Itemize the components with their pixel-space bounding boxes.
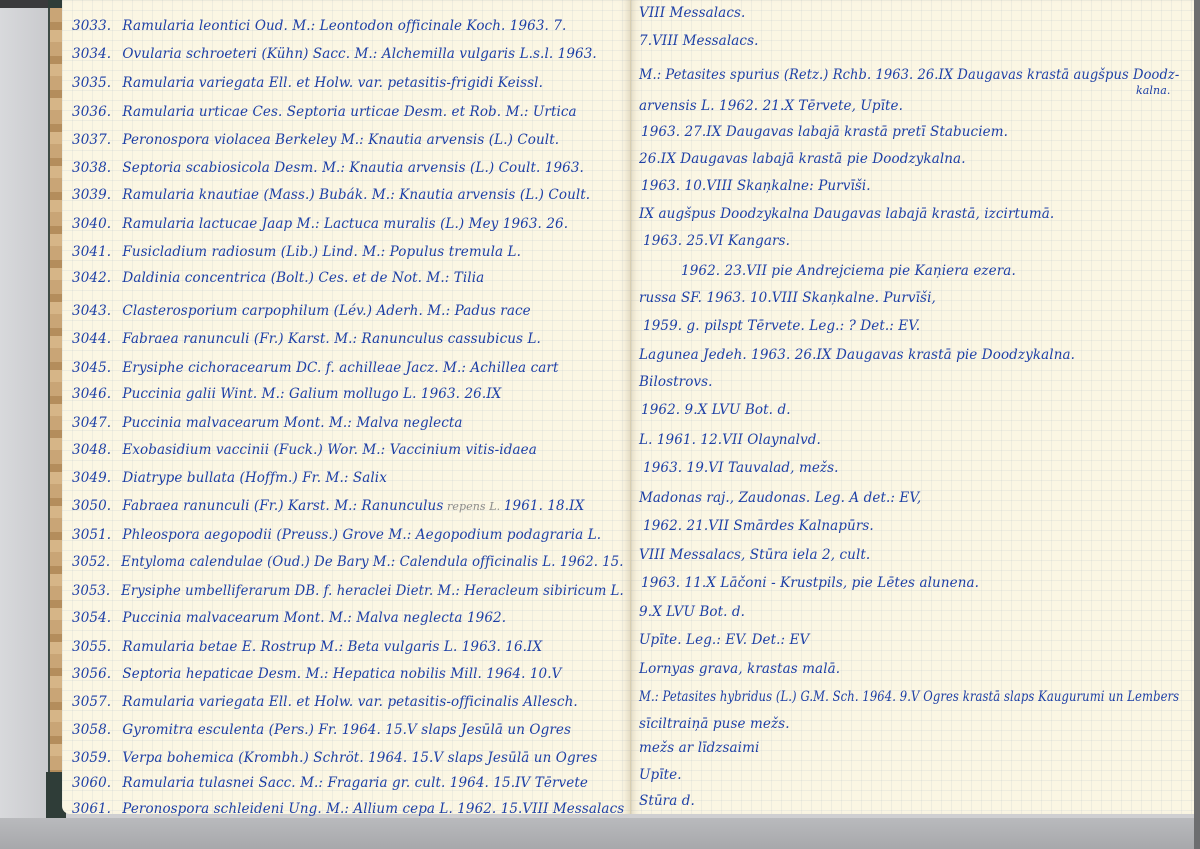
locality-note: Bilostrovs.	[639, 374, 713, 390]
catalog-entry: 3046. Puccinia galii Wint. M.: Galium mo…	[72, 386, 501, 402]
entry-text: Fabraea ranunculi (Fr.) Karst. M.: Ranun…	[118, 331, 541, 347]
catalog-entry: 3061. Peronospora schleideni Ung. M.: Al…	[72, 801, 624, 817]
catalog-entry: 3055. Ramularia betae E. Rostrup M.: Bet…	[72, 639, 542, 655]
entry-number: 3041.	[72, 244, 118, 260]
catalog-entry: 3060. Ramularia tulasnei Sacc. M.: Fraga…	[72, 775, 588, 791]
entry-number: 3037.	[72, 132, 118, 148]
entry-date: 1961. 18.IX	[504, 498, 584, 514]
locality-note: Lornyas grava, krastas malā.	[639, 661, 840, 677]
entry-text: Puccinia malvacearum Mont. M.: Malva neg…	[118, 610, 463, 626]
entry-number: 3055.	[72, 639, 118, 655]
catalog-entry: 3059. Verpa bohemica (Krombh.) Schröt. 1…	[72, 750, 597, 766]
entry-text: Phleospora aegopodii (Preuss.) Grove M.:…	[118, 527, 601, 543]
entry-text: Verpa bohemica (Krombh.) Schröt. 1964. 1…	[118, 750, 597, 766]
locality-note: M.: Petasites spurius (Retz.) Rchb. 1963…	[639, 67, 1179, 83]
entry-number: 3038.	[72, 160, 118, 176]
left-page: 3033. Ramularia leontici Oud. M.: Leonto…	[62, 0, 631, 814]
catalog-entry: 3038. Septoria scabiosicola Desm. M.: Kn…	[72, 160, 584, 176]
continuation-word: kalna.	[1136, 84, 1170, 97]
catalog-entry: 3051. Phleospora aegopodii (Preuss.) Gro…	[72, 527, 601, 543]
entry-date: 1962.	[463, 610, 507, 626]
catalog-entry: 3048. Exobasidium vaccinii (Fuck.) Wor. …	[72, 442, 537, 458]
catalog-entry: 3054. Puccinia malvacearum Mont. M.: Mal…	[72, 610, 506, 626]
locality-note: VIII Messalacs, Stūra iela 2, cult.	[639, 547, 870, 563]
entry-number: 3044.	[72, 331, 118, 347]
entry-text: Clasterosporium carpophilum (Lév.) Aderh…	[118, 303, 531, 319]
locality-note: Lagunea Jedeh. 1963. 26.IX Daugavas kras…	[639, 347, 1075, 363]
locality-note: Madonas raj., Zaudonas. Leg. A det.: EV,	[639, 490, 921, 506]
entry-text: Peronospora schleideni Ung. M.: Allium c…	[118, 801, 624, 817]
entry-number: 3060.	[72, 775, 118, 791]
entry-text: Septoria scabiosicola Desm. M.: Knautia …	[118, 160, 584, 176]
catalog-entry: 3036. Ramularia urticae Ces. Septoria ur…	[72, 104, 577, 120]
entry-number: 3034.	[72, 46, 118, 62]
pencil-annotation: repens L.	[443, 500, 503, 513]
entry-text: Exobasidium vaccinii (Fuck.) Wor. M.: Va…	[118, 442, 537, 458]
entry-text: Peronospora violacea Berkeley M.: Knauti…	[118, 132, 559, 148]
locality-note: 1963. 19.VI Tauvalad, mežs.	[643, 460, 839, 476]
locality-note: 1963. 25.VI Kangars.	[643, 233, 790, 249]
locality-note: 1963. 27.IX Daugavas labajā krastā pretī…	[641, 124, 1008, 140]
locality-note: IX augšpus Doodzykalna Daugavas labajā k…	[639, 206, 1054, 222]
locality-note: 1959. g. pilspt Tērvete. Leg.: ? Det.: E…	[643, 318, 920, 334]
locality-note: 26.IX Daugavas labajā krastā pie Doodzyk…	[639, 151, 966, 167]
entry-text: Ramularia leontici Oud. M.: Leontodon of…	[118, 18, 566, 34]
catalog-entry: 3047. Puccinia malvacearum Mont. M.: Mal…	[72, 415, 463, 431]
locality-note: Upīte.	[639, 767, 682, 783]
catalog-entry: 3035. Ramularia variegata Ell. et Holw. …	[72, 75, 543, 91]
catalog-entry: 3040. Ramularia lactucae Jaap M.: Lactuc…	[72, 216, 568, 232]
entry-number: 3054.	[72, 610, 118, 626]
entry-number: 3059.	[72, 750, 118, 766]
locality-note: Upīte. Leg.: EV. Det.: EV	[639, 632, 809, 648]
entry-number: 3051.	[72, 527, 118, 543]
locality-note: Stūra d.	[639, 793, 695, 809]
entry-number: 3048.	[72, 442, 118, 458]
entry-text: Ramularia betae E. Rostrup M.: Beta vulg…	[118, 639, 542, 655]
locality-note: 1962. 21.VII Smārdes Kalnapūrs.	[643, 518, 874, 534]
entry-text: Entyloma calendulae (Oud.) De Bary M.: C…	[117, 554, 624, 570]
catalog-entry: 3052. Entyloma calendulae (Oud.) De Bary…	[72, 554, 623, 570]
entry-number: 3049.	[72, 470, 118, 486]
entry-text: Ramularia tulasnei Sacc. M.: Fragaria gr…	[118, 775, 588, 791]
catalog-entry: 3050. Fabraea ranunculi (Fr.) Karst. M.:…	[72, 498, 584, 514]
entry-text: Ovularia schroeteri (Kühn) Sacc. M.: Alc…	[118, 46, 597, 62]
locality-note: 7.VIII Messalacs.	[639, 33, 758, 49]
locality-note: russa SF. 1963. 10.VIII Skaņkalne. Purvī…	[639, 290, 936, 306]
entry-number: 3056.	[72, 666, 118, 682]
catalog-entry: 3033. Ramularia leontici Oud. M.: Leonto…	[72, 18, 566, 34]
catalog-entry: 3044. Fabraea ranunculi (Fr.) Karst. M.:…	[72, 331, 541, 347]
entry-text: Erysiphe cichoracearum DC. f. achilleae …	[118, 360, 558, 376]
catalog-entry: 3057. Ramularia variegata Ell. et Holw. …	[72, 694, 578, 710]
entry-text: Ramularia variegata Ell. et Holw. var. p…	[118, 694, 578, 710]
entry-number: 3040.	[72, 216, 118, 232]
catalog-entry: 3056. Septoria hepaticae Desm. M.: Hepat…	[72, 666, 561, 682]
entry-text: Ramularia lactucae Jaap M.: Lactuca mura…	[118, 216, 568, 232]
locality-note: 1963. 10.VIII Skaņkalne: Purvīši.	[641, 178, 871, 194]
entry-number: 3039.	[72, 187, 118, 203]
catalog-entry: 3042. Daldinia concentrica (Bolt.) Ces. …	[72, 270, 484, 286]
entry-text: Puccinia malvacearum Mont. M.: Malva neg…	[118, 415, 463, 431]
entry-text: Puccinia galii Wint. M.: Galium mollugo …	[118, 386, 501, 402]
entry-number: 3057.	[72, 694, 118, 710]
catalog-entry: 3041. Fusicladium radiosum (Lib.) Lind. …	[72, 244, 521, 260]
entry-text: Gyromitra esculenta (Pers.) Fr. 1964. 15…	[118, 722, 571, 738]
locality-note: M.: Petasites hybridus (L.) G.M. Sch. 19…	[639, 689, 1179, 705]
entry-text: Erysiphe umbelliferarum DB. f. heraclei …	[117, 583, 624, 599]
locality-note: arvensis L. 1962. 21.X Tērvete, Upīte.	[639, 98, 903, 114]
scanner-background-left	[0, 8, 48, 849]
entry-number: 3061.	[72, 801, 118, 817]
right-page: VIII Messalacs.7.VIII Messalacs.M.: Peta…	[631, 0, 1194, 814]
catalog-entry: 3037. Peronospora violacea Berkeley M.: …	[72, 132, 559, 148]
entry-number: 3052.	[72, 554, 117, 570]
entry-text: Fabraea ranunculi (Fr.) Karst. M.: Ranun…	[118, 498, 443, 514]
catalog-entry: 3043. Clasterosporium carpophilum (Lév.)…	[72, 303, 531, 319]
locality-note: 9.X LVU Bot. d.	[639, 604, 745, 620]
entry-text: Septoria hepaticae Desm. M.: Hepatica no…	[118, 666, 561, 682]
locality-note: VIII Messalacs.	[639, 5, 745, 21]
entry-text: Ramularia variegata Ell. et Holw. var. p…	[118, 75, 543, 91]
entry-text: Daldinia concentrica (Bolt.) Ces. et de …	[118, 270, 484, 286]
entry-number: 3045.	[72, 360, 118, 376]
locality-note: sīciltraiņā puse mežs.	[639, 716, 790, 732]
entry-text: Ramularia knautiae (Mass.) Bubák. M.: Kn…	[118, 187, 590, 203]
catalog-entry: 3058. Gyromitra esculenta (Pers.) Fr. 19…	[72, 722, 571, 738]
entry-number: 3035.	[72, 75, 118, 91]
scanner-background-bottom	[0, 818, 1200, 849]
scanner-background-right	[1194, 0, 1200, 849]
entry-number: 3050.	[72, 498, 118, 514]
entry-text: Ramularia urticae Ces. Septoria urticae …	[118, 104, 577, 120]
catalog-entry: 3053. Erysiphe umbelliferarum DB. f. her…	[72, 583, 624, 599]
locality-note: L. 1961. 12.VII Olaynalvd.	[639, 432, 821, 448]
entry-number: 3047.	[72, 415, 118, 431]
locality-note: 1962. 23.VII pie Andrejciema pie Kaņiera…	[681, 263, 1016, 279]
catalog-entry: 3049. Diatrype bullata (Hoffm.) Fr. M.: …	[72, 470, 387, 486]
entry-number: 3033.	[72, 18, 118, 34]
entry-number: 3042.	[72, 270, 118, 286]
entry-number: 3053.	[72, 583, 117, 599]
locality-note: 1962. 9.X LVU Bot. d.	[641, 402, 791, 418]
entry-text: Fusicladium radiosum (Lib.) Lind. M.: Po…	[118, 244, 521, 260]
entry-text: Diatrype bullata (Hoffm.) Fr. M.: Salix	[118, 470, 387, 486]
entry-number: 3043.	[72, 303, 118, 319]
catalog-entry: 3034. Ovularia schroeteri (Kühn) Sacc. M…	[72, 46, 597, 62]
entry-number: 3058.	[72, 722, 118, 738]
catalog-entry: 3039. Ramularia knautiae (Mass.) Bubák. …	[72, 187, 590, 203]
locality-note: mežs ar līdzsaimi	[639, 740, 759, 756]
locality-note: 1963. 11.X Lāčoni - Krustpils, pie Lētes…	[641, 575, 979, 591]
entry-number: 3046.	[72, 386, 118, 402]
catalog-entry: 3045. Erysiphe cichoracearum DC. f. achi…	[72, 360, 558, 376]
entry-number: 3036.	[72, 104, 118, 120]
